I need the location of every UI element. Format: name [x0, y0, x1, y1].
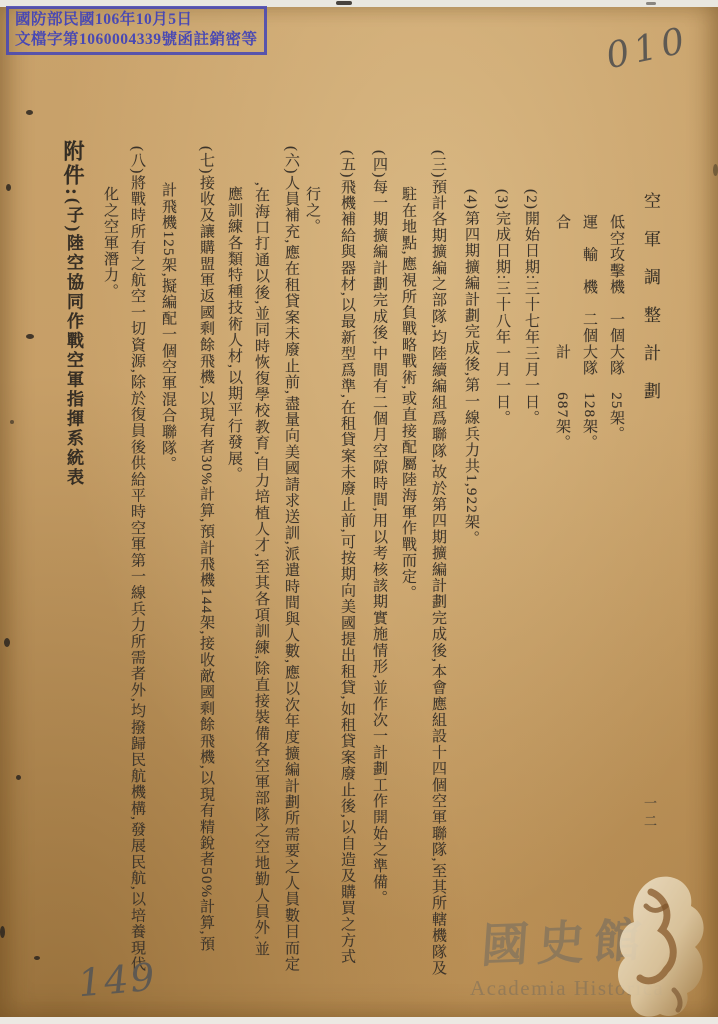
text-column-16: 計飛機125架,擬編配一個空軍混合聯隊。: [158, 182, 179, 472]
watermark-chinese-name: 國史館: [479, 903, 652, 976]
stamp-line-2: 文檔字第1060004339號函註銷密等: [15, 30, 258, 50]
text-column-11: 行之。: [302, 186, 323, 235]
text-column-5: (3)完成日期:三十八年一月一日。: [492, 189, 513, 426]
handwritten-folio-number: 010: [603, 20, 693, 78]
document-title: 空軍調整計劃: [638, 192, 663, 420]
text-column-15: (七)接收及讓購盟軍返國剩餘飛機,以現有者30%計算,預計飛機144架,接收敵國…: [196, 146, 217, 952]
text-column-18: 化之空軍潛力。: [100, 186, 121, 299]
page-number: 一二: [640, 796, 659, 832]
scanned-document-page: 國防部民國106年10月5日 文檔字第1060004339號函註銷密等 010 …: [0, 0, 718, 1024]
declassification-stamp: 國防部民國106年10月5日 文檔字第1060004339號函註銷密等: [6, 6, 267, 55]
attachment-text: (子)陸空協同作戰空軍指揮系統表: [64, 198, 83, 487]
text-column-12: (六)人員補充,應在租貸案未廢止前,盡量向美國請求送訓,派遣時間與人數,應以次年…: [281, 146, 302, 972]
watermark-english-name: Academia Historica: [470, 976, 664, 1001]
text-column-4: (2)開始日期:三十七年三月一日。: [521, 189, 542, 426]
text-column-10: (五)飛機補給與器材,以最新型爲準,在租貸案未廢止前,可按期向美國提出租貸,如租…: [337, 150, 358, 965]
text-column-14: 應訓練各類特種技術人材,以期平行發展。: [224, 186, 245, 483]
text-column-3: 合 計 687架。: [552, 214, 573, 451]
text-column-2: 運 輸 機 二個大隊 128架。: [579, 214, 600, 451]
text-column-17: (八)將戰時所有之航空一切資源,除於復員後供給平時空軍第一線兵力所需者外,均撥歸…: [127, 146, 148, 972]
stamp-line-1: 國防部民國106年10月5日: [15, 10, 258, 30]
text-column-7: (三)預計各期擴編之部隊,均陸續編組爲聯隊,故於第四期擴編計劃完成後,本會應組設…: [428, 150, 449, 976]
scan-edge-bottom: [0, 1017, 718, 1024]
attachment-label: 附件:: [61, 140, 85, 198]
text-column-1: 低空攻擊機 一個大隊 25架。: [606, 214, 627, 442]
text-column-6: (4)第四期擴編計劃完成後,第一線兵力共1,922架。: [461, 189, 482, 546]
text-column-9: (四)每一期擴編計劃完成後,中間有二個月空隙時間,用以考核該期實施情形,並作次一…: [369, 150, 390, 906]
attachment-line: 附件:(子)陸空協同作戰空軍指揮系統表: [58, 140, 88, 487]
text-column-13: ,在海口打通以後,並同時恢復學校教育,自力培植人才,至其各項訓練,除直接裝備各空…: [251, 182, 272, 957]
handwritten-page-number: 149: [76, 955, 158, 1006]
text-column-8: 駐在地點,應視所負戰略戰術,或直接配屬陸海軍作戰而定。: [398, 186, 419, 601]
archive-seal-icon: [596, 872, 714, 1020]
archive-watermark: 國史館 Academia Historica: [0, 0, 718, 1024]
